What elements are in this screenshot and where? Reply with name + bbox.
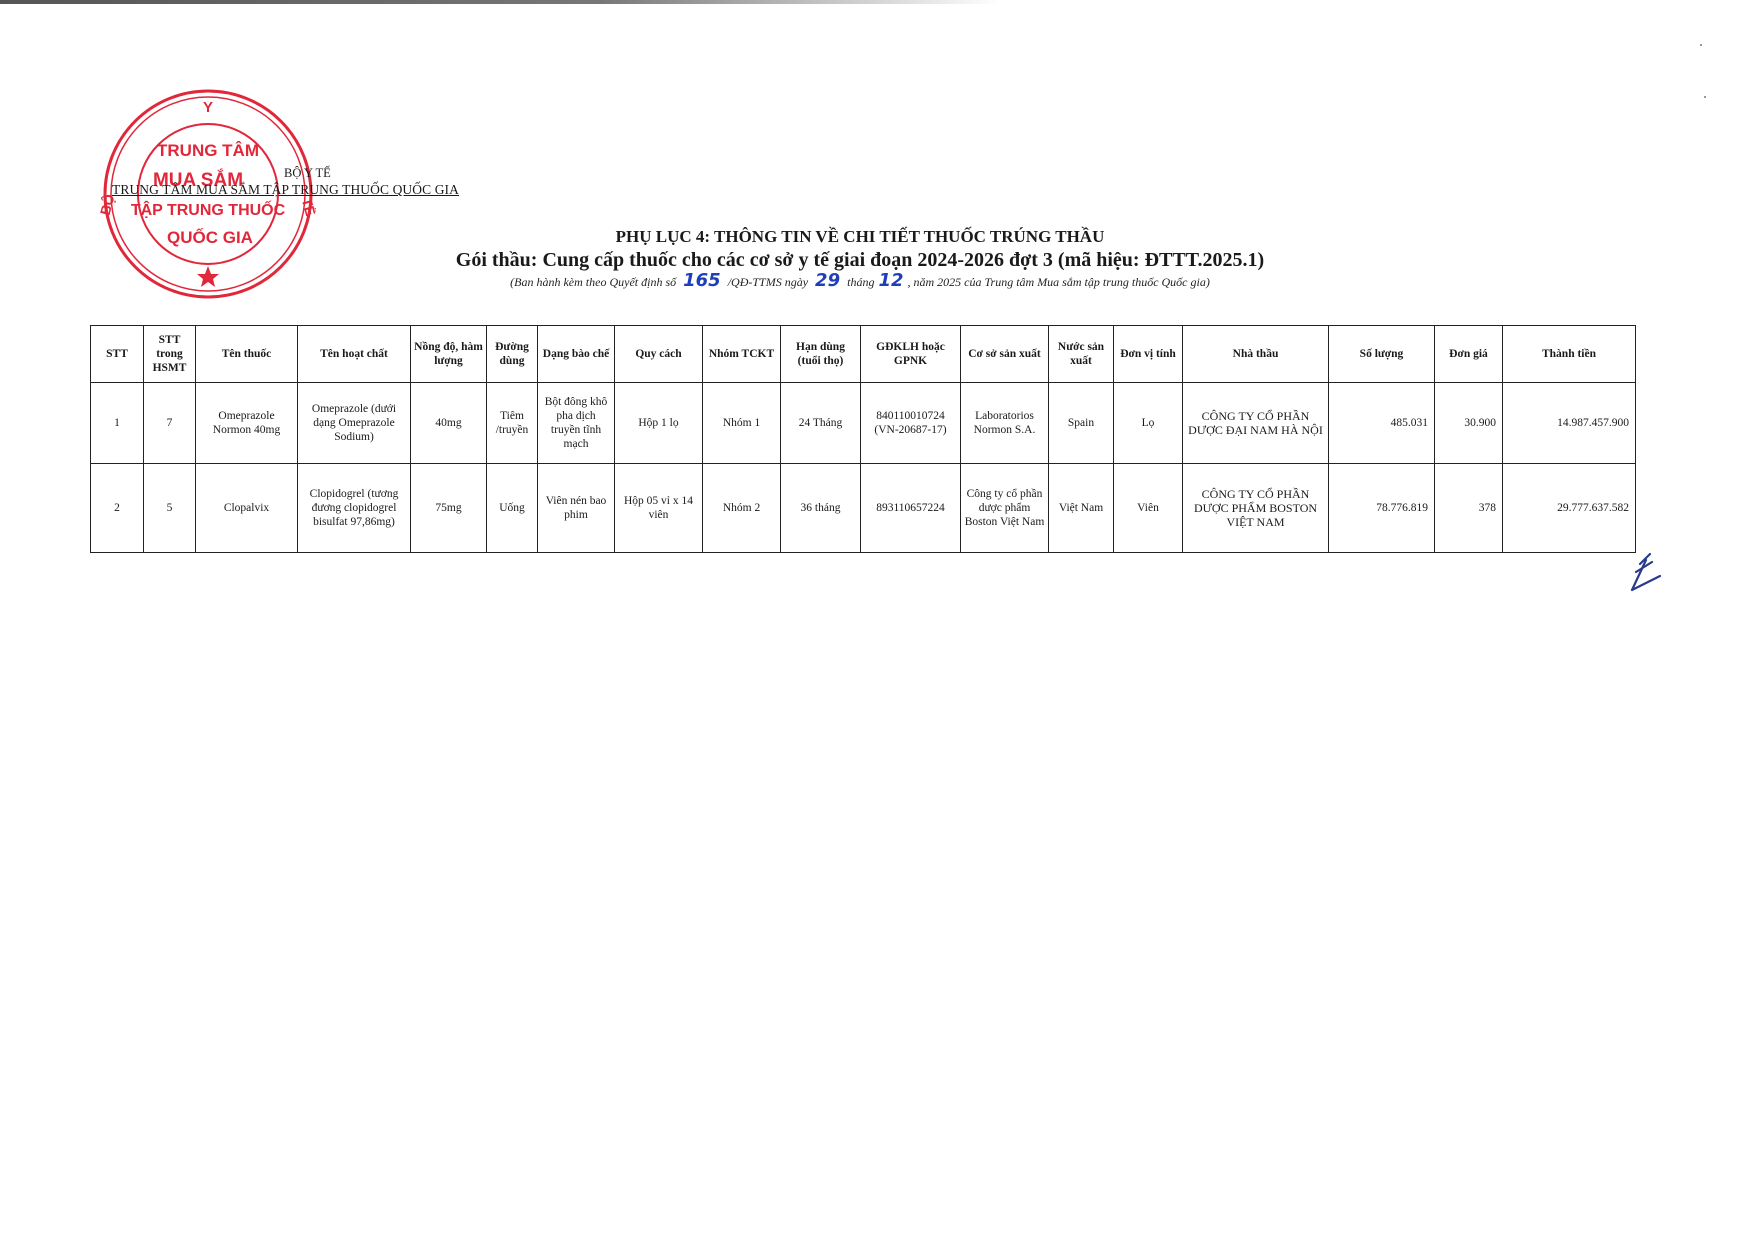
column-header: Cơ sở sản xuất (961, 326, 1049, 383)
cell-strength: 75mg (411, 464, 487, 553)
cell-contractor: CÔNG TY CỔ PHẦN DƯỢC PHẨM BOSTON VIỆT NA… (1183, 464, 1329, 553)
decision-month: 12 (874, 270, 907, 291)
winning-drugs-table: STT STT trong HSMT Tên thuốc Tên hoạt ch… (90, 325, 1636, 553)
column-header: Số lượng (1329, 326, 1435, 383)
cell-packaging: Hộp 1 lọ (615, 383, 703, 464)
scan-edge (0, 0, 1000, 4)
seal-line3: TẬP TRUNG THUỐC (131, 199, 286, 219)
cell-total: 14.987.457.900 (1503, 383, 1636, 464)
cell-active-ingredient: Clopidogrel (tương đương clopidogrel bis… (298, 464, 411, 553)
cell-quantity: 485.031 (1329, 383, 1435, 464)
column-header: Nước sản xuất (1049, 326, 1114, 383)
cell-route: Tiêm /truyền (487, 383, 538, 464)
cell-quantity: 78.776.819 (1329, 464, 1435, 553)
column-header: STT (91, 326, 144, 383)
package-title: Gói thầu: Cung cấp thuốc cho các cơ sở y… (420, 248, 1300, 272)
cell-tech-group: Nhóm 2 (703, 464, 781, 553)
column-header: STT trong HSMT (144, 326, 196, 383)
cell-shelf-life: 36 tháng (781, 464, 861, 553)
signature-initials (1622, 550, 1672, 600)
cell-country: Spain (1049, 383, 1114, 464)
cell-dosage-form: Viên nén bao phim (538, 464, 615, 553)
cell-unit-price: 378 (1435, 464, 1503, 553)
column-header: Đường dùng (487, 326, 538, 383)
table-header-row: STT STT trong HSMT Tên thuốc Tên hoạt ch… (91, 326, 1636, 383)
cell-packaging: Hộp 05 vỉ x 14 viên (615, 464, 703, 553)
column-header: Đơn giá (1435, 326, 1503, 383)
cell-registration: 893110657224 (861, 464, 961, 553)
star-icon (197, 266, 219, 287)
seal-line4: QUỐC GIA (167, 227, 253, 247)
decision-day: 29 (811, 270, 844, 291)
issuance-mid1: /QĐ-TTMS ngày (728, 275, 808, 289)
column-header: Quy cách (615, 326, 703, 383)
appendix-title: PHỤ LỤC 4: THÔNG TIN VỀ CHI TIẾT THUỐC T… (420, 226, 1300, 248)
cell-drug-name: Clopalvix (196, 464, 298, 553)
scan-speck (1700, 44, 1702, 46)
cell-route: Uống (487, 464, 538, 553)
column-header: Nhóm TCKT (703, 326, 781, 383)
column-header: Nhà thầu (1183, 326, 1329, 383)
cell-stt-hsmt: 5 (144, 464, 196, 553)
cell-unit-price: 30.900 (1435, 383, 1503, 464)
scan-speck (1704, 96, 1706, 98)
column-header: GĐKLH hoặc GPNK (861, 326, 961, 383)
cell-tech-group: Nhóm 1 (703, 383, 781, 464)
cell-active-ingredient: Omeprazole (dưới dạng Omeprazole Sodium) (298, 383, 411, 464)
cell-stt: 1 (91, 383, 144, 464)
cell-stt: 2 (91, 464, 144, 553)
cell-manufacturer: Công ty cổ phần dược phẩm Boston Việt Na… (961, 464, 1049, 553)
seal-top-letter: Y (203, 99, 213, 116)
decision-number: 165 (679, 270, 725, 291)
cell-registration: 840110010724 (VN-20687-17) (861, 383, 961, 464)
cell-unit: Lọ (1114, 383, 1183, 464)
cell-total: 29.777.637.582 (1503, 464, 1636, 553)
cell-country: Việt Nam (1049, 464, 1114, 553)
issuance-prefix: (Ban hành kèm theo Quyết định số (510, 275, 676, 289)
column-header: Nồng độ, hàm lượng (411, 326, 487, 383)
column-header: Đơn vị tính (1114, 326, 1183, 383)
cell-contractor: CÔNG TY CỔ PHẦN DƯỢC ĐẠI NAM HÀ NỘI (1183, 383, 1329, 464)
table-row: 1 7 Omeprazole Normon 40mg Omeprazole (d… (91, 383, 1636, 464)
column-header: Tên thuốc (196, 326, 298, 383)
cell-strength: 40mg (411, 383, 487, 464)
cell-dosage-form: Bột đông khô pha dịch truyền tĩnh mạch (538, 383, 615, 464)
table-row: 2 5 Clopalvix Clopidogrel (tương đương c… (91, 464, 1636, 553)
issuance-suffix: , năm 2025 của Trung tâm Mua sắm tập tru… (908, 275, 1210, 289)
column-header: Thành tiền (1503, 326, 1636, 383)
column-header: Hạn dùng (tuổi thọ) (781, 326, 861, 383)
cell-drug-name: Omeprazole Normon 40mg (196, 383, 298, 464)
center-name: TRUNG TÂM MUA SẮM TẬP TRUNG THUỐC QUỐC G… (112, 182, 459, 198)
seal-right-arc: TẾ (299, 196, 316, 217)
column-header: Tên hoạt chất (298, 326, 411, 383)
ministry-name: BỘ Y TẾ (284, 166, 331, 181)
cell-unit: Viên (1114, 464, 1183, 553)
column-header: Dạng bào chế (538, 326, 615, 383)
seal-line1: TRUNG TÂM (157, 141, 259, 160)
document-title: PHỤ LỤC 4: THÔNG TIN VỀ CHI TIẾT THUỐC T… (420, 226, 1300, 291)
issuance-note: (Ban hành kèm theo Quyết định số 165 /QĐ… (420, 272, 1300, 291)
cell-shelf-life: 24 Tháng (781, 383, 861, 464)
cell-manufacturer: Laboratorios Normon S.A. (961, 383, 1049, 464)
issuance-mid2: tháng (847, 275, 874, 289)
cell-stt-hsmt: 7 (144, 383, 196, 464)
